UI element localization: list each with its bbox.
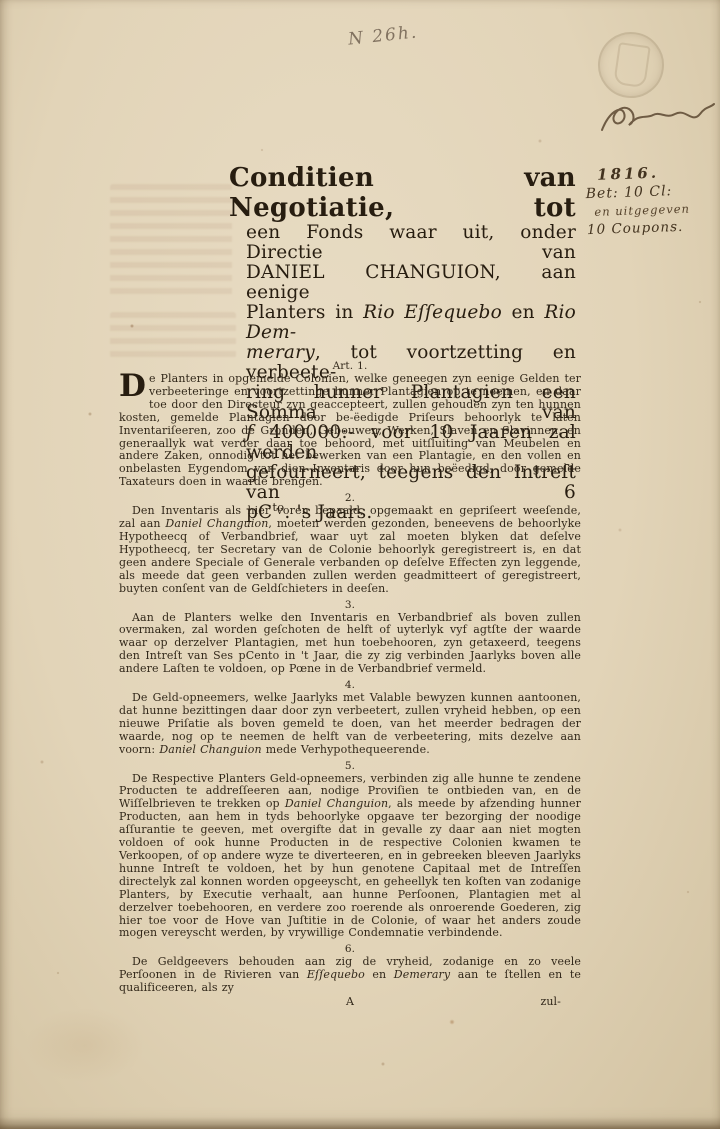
article-text: De Geld-opneemers, welke Jaarlyks met Va… <box>119 692 581 757</box>
margin-note-line: 10 Coupons. <box>587 218 713 238</box>
title-line: DANIEL CHANGUION, aan eenige <box>229 263 576 303</box>
drop-cap: D <box>119 373 149 399</box>
ink-signature <box>596 92 718 138</box>
catchword: zul- <box>540 996 561 1009</box>
title-line: Conditien van Negotiatie, tot <box>229 163 576 223</box>
article-text: De Planters in opgemelde Colonien, welke… <box>119 373 581 489</box>
article-text: De Respective Planters Geld-opneemers, v… <box>119 773 581 941</box>
margin-note: 1816.Bet: 10 Cl:en uitgegeven10 Coupons. <box>583 162 713 238</box>
title-line: een Fonds waar uit, onder Directie van <box>229 223 576 263</box>
bleed-through-left-upper <box>110 184 232 300</box>
bleed-through-left-lower <box>110 312 236 358</box>
article-text: Aan de Planters welke den Inventaris en … <box>119 612 581 677</box>
signature-mark: A <box>346 995 354 1008</box>
document-page: N 26h. 1816.Bet: 10 Cl:en uitgegeven10 C… <box>0 0 720 1129</box>
margin-note-line: Bet: 10 Cl: <box>585 182 711 202</box>
margin-note-line: 1816. <box>597 162 712 184</box>
pencil-number: N 26h. <box>347 22 419 49</box>
articles: Art. 1.De Planters in opgemelde Colonien… <box>119 357 581 1009</box>
seal-crest-icon <box>613 42 651 88</box>
article-text: De Geldgeevers behouden aan zig de vryhe… <box>119 956 581 995</box>
article-text: Den Inventaris als hier voren bepaald, o… <box>119 505 581 595</box>
title-line: Planters in Rio Eſſequebo en Rio Dem- <box>229 303 576 343</box>
margin-note-line: en uitgegeven <box>594 201 712 219</box>
catchword-line: Azul- <box>119 996 581 1009</box>
